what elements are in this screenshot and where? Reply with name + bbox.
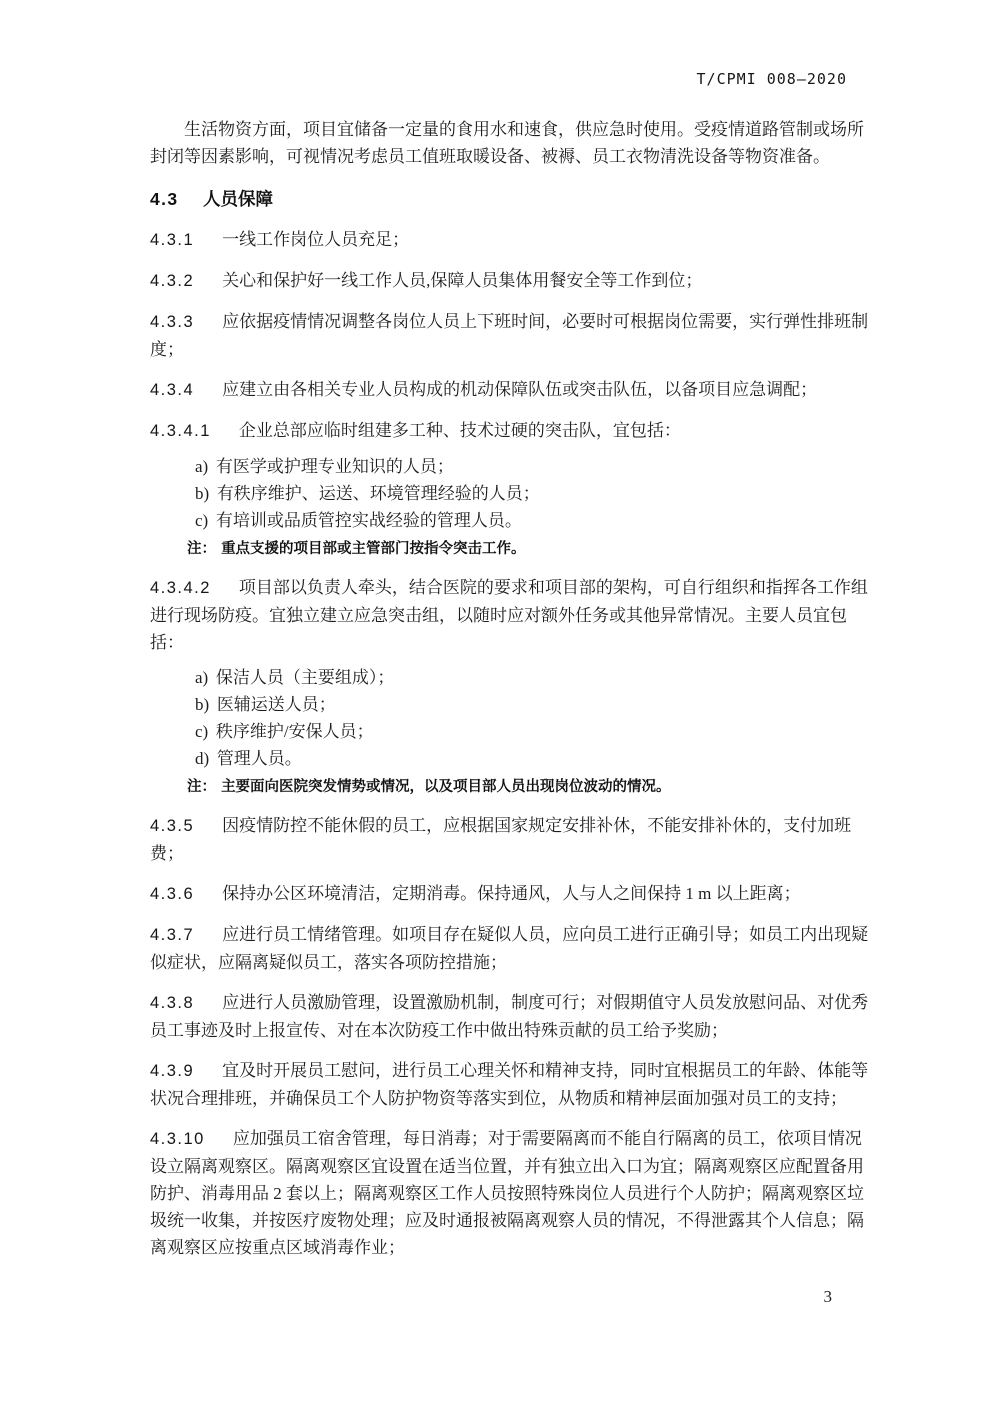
clause-4-3-2: 4.3.2关心和保护好一线工作人员,保障人员集体用餐安全等工作到位；	[150, 267, 878, 295]
clause-4-3-10: 4.3.10应加强员工宿舍管理，每日消毒；对于需要隔离而不能自行隔离的员工，依项…	[150, 1125, 878, 1261]
clause-text: 项目部以负责人牵头，结合医院的要求和项目部的架构，可自行组织和指挥各工作组进行现…	[150, 578, 868, 652]
list-marker: b)	[195, 484, 209, 503]
clause-text: 应加强员工宿舍管理，每日消毒；对于需要隔离而不能自行隔离的员工，依项目情况设立隔…	[150, 1129, 864, 1257]
clause-number: 4.3.3	[150, 313, 194, 331]
clause-text: 宜及时开展员工慰问，进行员工心理关怀和精神支持，同时宜根据员工的年龄、体能等状况…	[150, 1061, 868, 1108]
clause-text: 应建立由各相关专业人员构成的机动保障队伍或突击队伍，以备项目应急调配；	[222, 380, 817, 399]
note-text: 重点支援的项目部或主管部门按指令突击工作。	[221, 541, 526, 557]
clause-number: 4.3.9	[150, 1062, 194, 1080]
list-marker: c)	[195, 511, 208, 530]
clause-text: 因疫情防控不能休假的员工，应根据国家规定安排补休，不能安排补休的，支付加班费；	[150, 816, 851, 863]
clause-4-3-8: 4.3.8应进行人员激励管理，设置激励机制，制度可行；对假期值守人员发放慰问品、…	[150, 989, 878, 1044]
clause-4-3-1: 4.3.1一线工作岗位人员充足；	[150, 226, 878, 254]
list-item-text: 有秩序维护、运送、环境管理经验的人员；	[217, 484, 540, 503]
clause-text: 应进行人员激励管理，设置激励机制，制度可行；对假期值守人员发放慰问品、对优秀员工…	[150, 993, 868, 1040]
note-2: 注：主要面向医院突发情势或情况，以及项目部人员出现岗位波动的情况。	[187, 775, 878, 799]
section-number: 4.3	[150, 189, 179, 209]
list-marker: b)	[195, 695, 209, 714]
list-item: b)医辅运送人员；	[195, 691, 878, 718]
list-marker: d)	[195, 749, 209, 768]
clause-4-3-3: 4.3.3应依据疫情情况调整各岗位人员上下班时间，必要时可根据岗位需要，实行弹性…	[150, 308, 878, 363]
clause-number: 4.3.4.1	[150, 422, 211, 440]
clause-number: 4.3.4.2	[150, 579, 211, 597]
clause-4-3-4-1: 4.3.4.1企业总部应临时组建多工种、技术过硬的突击队，宜包括：	[150, 417, 878, 445]
clause-4-3-5: 4.3.5因疫情防控不能休假的员工，应根据国家规定安排补休，不能安排补休的，支付…	[150, 812, 878, 867]
note-text: 主要面向医院突发情势或情况，以及项目部人员出现岗位波动的情况。	[221, 779, 671, 795]
standard-reference: T/CPMI 008—2020	[697, 70, 847, 88]
clause-4-3-4: 4.3.4应建立由各相关专业人员构成的机动保障队伍或突击队伍，以备项目应急调配；	[150, 376, 878, 404]
clause-text: 关心和保护好一线工作人员,保障人员集体用餐安全等工作到位；	[222, 271, 702, 290]
note-1: 注：重点支援的项目部或主管部门按指令突击工作。	[187, 537, 878, 561]
list-item-text: 有医学或护理专业知识的人员；	[216, 457, 454, 476]
clause-number: 4.3.5	[150, 817, 194, 835]
clause-text: 一线工作岗位人员充足；	[222, 230, 409, 249]
section-title: 人员保障	[203, 189, 273, 209]
clause-number: 4.3.10	[150, 1130, 205, 1148]
section-heading-4-3: 4.3人员保障	[150, 186, 878, 213]
list-item-text: 秩序维护/安保人员；	[216, 722, 374, 741]
clause-number: 4.3.2	[150, 272, 194, 290]
list-marker: c)	[195, 722, 208, 741]
list-item-text: 保洁人员（主要组成）；	[216, 668, 395, 687]
clause-number: 4.3.6	[150, 885, 194, 903]
list-marker: a)	[195, 457, 208, 476]
list-item: d)管理人员。	[195, 745, 878, 772]
list-item: a)保洁人员（主要组成）；	[195, 664, 878, 691]
list-item: c)秩序维护/安保人员；	[195, 718, 878, 745]
clause-4-3-9: 4.3.9宜及时开展员工慰问，进行员工心理关怀和精神支持，同时宜根据员工的年龄、…	[150, 1057, 878, 1112]
clause-4-3-6: 4.3.6保持办公区环境清洁，定期消毒。保持通风，人与人之间保持 1 m 以上距…	[150, 880, 878, 908]
list-item: b)有秩序维护、运送、环境管理经验的人员；	[195, 480, 878, 507]
clause-number: 4.3.4	[150, 381, 194, 399]
list-emergency-personnel: a)保洁人员（主要组成）； b)医辅运送人员； c)秩序维护/安保人员； d)管…	[150, 664, 878, 772]
clause-number: 4.3.8	[150, 994, 194, 1012]
note-label: 注：	[187, 779, 216, 795]
clause-text: 应依据疫情情况调整各岗位人员上下班时间，必要时可根据岗位需要，实行弹性排班制度；	[150, 312, 868, 359]
list-item-text: 有培训或品质管控实战经验的管理人员。	[216, 511, 522, 530]
list-item-text: 医辅运送人员；	[217, 695, 336, 714]
page-header: T/CPMI 008—2020	[150, 70, 847, 88]
intro-paragraph: 生活物资方面，项目宜储备一定量的食用水和速食，供应急时使用。受疫情道路管制或场所…	[150, 116, 878, 170]
clause-text: 企业总部应临时组建多工种、技术过硬的突击队，宜包括：	[239, 421, 681, 440]
list-item: c)有培训或品质管控实战经验的管理人员。	[195, 507, 878, 534]
list-strike-team: a)有医学或护理专业知识的人员； b)有秩序维护、运送、环境管理经验的人员； c…	[150, 453, 878, 534]
note-label: 注：	[187, 541, 216, 557]
clause-text: 保持办公区环境清洁，定期消毒。保持通风，人与人之间保持 1 m 以上距离；	[222, 884, 800, 903]
document-page: T/CPMI 008—2020 生活物资方面，项目宜储备一定量的食用水和速食，供…	[0, 0, 1000, 1415]
clause-number: 4.3.7	[150, 926, 194, 944]
document-body: 生活物资方面，项目宜储备一定量的食用水和速食，供应急时使用。受疫情道路管制或场所…	[150, 116, 878, 1261]
clause-text: 应进行员工情绪管理。如项目存在疑似人员，应向员工进行正确引导；如员工内出现疑似症…	[150, 925, 868, 972]
clause-4-3-4-2: 4.3.4.2项目部以负责人牵头，结合医院的要求和项目部的架构，可自行组织和指挥…	[150, 574, 878, 656]
clause-4-3-7: 4.3.7应进行员工情绪管理。如项目存在疑似人员，应向员工进行正确引导；如员工内…	[150, 921, 878, 976]
list-item-text: 管理人员。	[217, 749, 302, 768]
list-marker: a)	[195, 668, 208, 687]
list-item: a)有医学或护理专业知识的人员；	[195, 453, 878, 480]
page-number: 3	[824, 1287, 833, 1307]
clause-number: 4.3.1	[150, 231, 194, 249]
